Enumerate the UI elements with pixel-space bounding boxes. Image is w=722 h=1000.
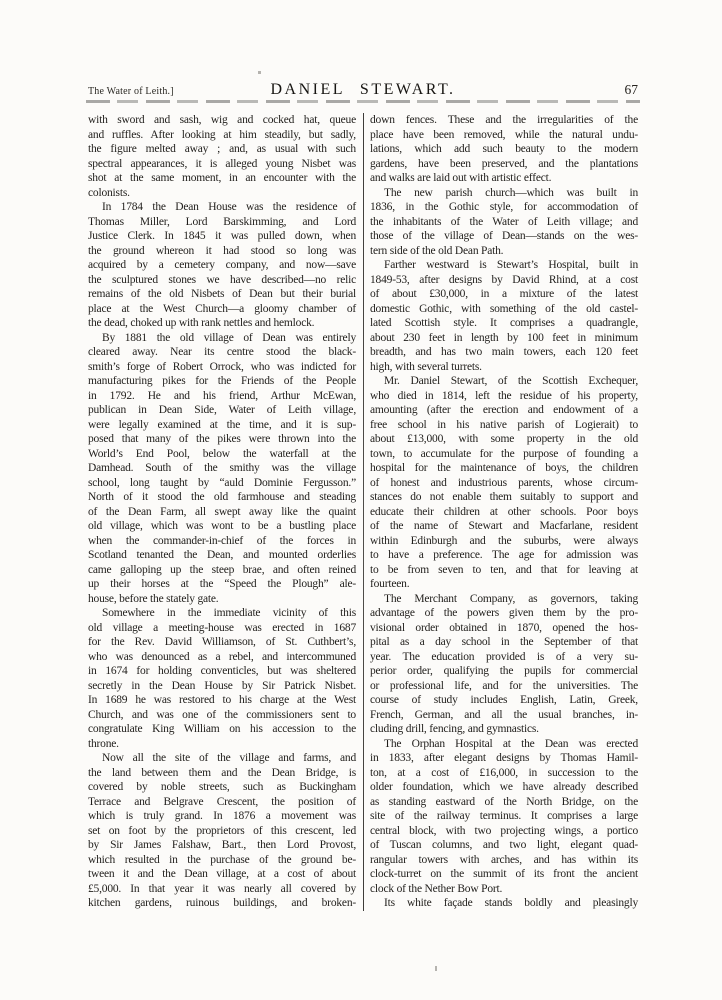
page-header: The Water of Leith.] DANIEL STEWART. 67 <box>88 81 638 99</box>
text-line: and ruffles. After looking at him steadi… <box>88 128 356 143</box>
text-line: old village, which was wont to be a bust… <box>88 519 356 534</box>
text-line: lated Scottish style. It comprises a qua… <box>370 316 638 331</box>
text-line: of about £30,000, in a mixture of the la… <box>370 287 638 302</box>
text-line: North of it stood the old farmhouse and … <box>88 490 356 505</box>
text-line: the ground whereon it had stood so long … <box>88 244 356 259</box>
text-line: colonists. <box>88 186 356 201</box>
text-line: when the commander-in-chief of the force… <box>88 534 356 549</box>
text-line: French, German, and all the usual branch… <box>370 708 638 723</box>
text-line: domestic Gothic, with something of the o… <box>370 302 638 317</box>
paragraph: Now all the site of the village and farm… <box>88 751 356 911</box>
text-line: Its white façade stands boldly and pleas… <box>370 896 638 911</box>
text-line: school, long taught by “auld Dominie Fer… <box>88 476 356 491</box>
text-line: about £13,000, with some property in the… <box>370 432 638 447</box>
page-title: DANIEL STEWART. <box>270 81 455 99</box>
text-line: pital as a day school in the September o… <box>370 635 638 650</box>
text-line: secretly in the Dean House by Sir Patric… <box>88 679 356 694</box>
text-line: posed that many of the pikes were thrown… <box>88 432 356 447</box>
text-line: place have been removed, while the natur… <box>370 128 638 143</box>
text-columns: with sword and sash, wig and cocked hat,… <box>88 113 639 911</box>
text-line: of the Dean Farm, all swept away like th… <box>88 505 356 520</box>
left-column: with sword and sash, wig and cocked hat,… <box>88 113 356 911</box>
text-line: Mr. Daniel Stewart, of the Scottish Exch… <box>370 374 638 389</box>
text-line: clock of the Nether Bow Port. <box>370 882 638 897</box>
scan-speck <box>435 966 437 971</box>
text-line: central block, with two projecting wings… <box>370 824 638 839</box>
text-line: as standing eastward of the North Bridge… <box>370 795 638 810</box>
scan-speck <box>258 71 261 74</box>
text-line: to have a preference. The age for admiss… <box>370 548 638 563</box>
text-line: for the Rev. David Williamson, of St. Cu… <box>88 635 356 650</box>
text-line: manufacturing pikes for the Friends of t… <box>88 374 356 389</box>
text-line: in 1833, after elegant designs by Thomas… <box>370 751 638 766</box>
text-line: advantage of the powers given them by th… <box>370 606 638 621</box>
text-line: The Merchant Company, as governors, taki… <box>370 592 638 607</box>
text-line: lations, which add such beauty to the mo… <box>370 142 638 157</box>
right-column: down fences. These and the irregularitie… <box>370 113 638 911</box>
text-line: Scotland tenanted the Dean, and mounted … <box>88 548 356 563</box>
text-line: throne. <box>88 737 356 752</box>
text-line: The Orphan Hospital at the Dean was erec… <box>370 737 638 752</box>
paragraph: In 1784 the Dean House was the residence… <box>88 200 356 331</box>
text-line: breadth, and has two main towers, each 1… <box>370 345 638 360</box>
text-line: visional order obtained in 1870, opened … <box>370 621 638 636</box>
text-line: Farther westward is Stewart’s Hospital, … <box>370 258 638 273</box>
text-line: hospital for the maintenance of boys, th… <box>370 461 638 476</box>
text-line: older foundation, which we have already … <box>370 780 638 795</box>
text-line: acquired by a cemetery company, and now—… <box>88 258 356 273</box>
text-line: by Sir James Falshaw, Bart., then Lord P… <box>88 838 356 853</box>
text-line: about 230 feet in length by 100 feet in … <box>370 331 638 346</box>
paragraph: Its white façade stands boldly and pleas… <box>370 896 638 911</box>
text-line: were legally examined at the time, and i… <box>88 418 356 433</box>
book-page: The Water of Leith.] DANIEL STEWART. 67 … <box>0 0 722 1000</box>
text-line: which resulted in the purchase of the gr… <box>88 853 356 868</box>
text-line: spectral appearances, it is alleged youn… <box>88 157 356 172</box>
text-line: with sword and sash, wig and cocked hat,… <box>88 113 356 128</box>
text-line: stances do not enable them suitably to s… <box>370 490 638 505</box>
text-line: year. The education provided is of a ver… <box>370 650 638 665</box>
paragraph: Somewhere in the immediate vicinity of t… <box>88 606 356 751</box>
text-line: Now all the site of the village and farm… <box>88 751 356 766</box>
text-line: clock-turret on the summit of its front … <box>370 867 638 882</box>
text-line: In 1784 the Dean House was the residence… <box>88 200 356 215</box>
text-line: or professional life, and for the univer… <box>370 679 638 694</box>
text-line: high, with several turrets. <box>370 360 638 375</box>
text-line: tern side of the old Dean Path. <box>370 244 638 259</box>
text-line: Damhead. South of the smithy was the vil… <box>88 461 356 476</box>
paragraph: with sword and sash, wig and cocked hat,… <box>88 113 356 200</box>
paragraph: The new parish church—which was built in… <box>370 186 638 259</box>
text-line: tween it and the Dean village, at a cost… <box>88 867 356 882</box>
column-divider <box>363 113 364 911</box>
text-line: gardens, have been preserved, and the pl… <box>370 157 638 172</box>
text-line: congratulate King William on his accessi… <box>88 722 356 737</box>
text-line: house, before the stately gate. <box>88 592 356 607</box>
text-line: in 1792. He and his friend, Arthur McEwa… <box>88 389 356 404</box>
text-line: the dead, choked up with rank nettles an… <box>88 316 356 331</box>
text-line: ton, at a cost of £16,000, in succession… <box>370 766 638 781</box>
text-line: Terrace and Belgrave Crescent, the posit… <box>88 795 356 810</box>
paragraph: The Merchant Company, as governors, taki… <box>370 592 638 737</box>
text-line: course of study includes English, Latin,… <box>370 693 638 708</box>
text-line: of Tuscan columns, and two light, elegan… <box>370 838 638 853</box>
text-line: to be from seven to ten, and that for le… <box>370 563 638 578</box>
text-line: By 1881 the old village of Dean was enti… <box>88 331 356 346</box>
text-line: which is truly grand. In 1876 a movement… <box>88 809 356 824</box>
text-line: up their horses at the “Speed the Plough… <box>88 577 356 592</box>
text-line: World’s End Pool, below the waterfall at… <box>88 447 356 462</box>
text-line: Thomas Miller, Lord Barskimming, and Lor… <box>88 215 356 230</box>
text-line: the land between them and the Dean Bridg… <box>88 766 356 781</box>
text-line: the figure melted away ; and, as usual w… <box>88 142 356 157</box>
text-line: rangular towers with arches, and has wit… <box>370 853 638 868</box>
header-rule <box>86 100 640 103</box>
text-line: who died in 1814, left the residue of hi… <box>370 389 638 404</box>
text-line: Justice Clerk. In 1845 it was pulled dow… <box>88 229 356 244</box>
text-line: down fences. These and the irregularitie… <box>370 113 638 128</box>
text-line: 1836, in the Gothic style, for accommoda… <box>370 200 638 215</box>
paragraph: By 1881 the old village of Dean was enti… <box>88 331 356 607</box>
text-line: shot at the same moment, in an encounter… <box>88 171 356 186</box>
text-line: 1849-53, after designs by David Rhind, a… <box>370 273 638 288</box>
text-line: Somewhere in the immediate vicinity of t… <box>88 606 356 621</box>
text-line: fourteen. <box>370 577 638 592</box>
text-line: in 1674 for holding conventicles, but wa… <box>88 664 356 679</box>
text-line: £5,000. In that year it was nearly all c… <box>88 882 356 897</box>
page-number: 67 <box>456 82 638 98</box>
text-line: old village a meeting-house was erected … <box>88 621 356 636</box>
text-line: covered by noble streets, such as Buckin… <box>88 780 356 795</box>
text-line: cleared away. Near its centre stood the … <box>88 345 356 360</box>
text-line: The new parish church—which was built in <box>370 186 638 201</box>
text-line: Church, and was one of the commissioners… <box>88 708 356 723</box>
text-line: educate their children at other schools.… <box>370 505 638 520</box>
text-line: of honest and industrious parents, whose… <box>370 476 638 491</box>
text-line: of the name of Stewart and Macfarlane, r… <box>370 519 638 534</box>
text-line: smith’s forge of Robert Orrock, who was … <box>88 360 356 375</box>
text-line: kitchen gardens, ruinous buildings, and … <box>88 896 356 911</box>
text-line: remains of the old Nisbets of Dean but t… <box>88 287 356 302</box>
text-line: those of the village of Dean—stands on t… <box>370 229 638 244</box>
text-line: and walks are laid out with artistic eff… <box>370 171 638 186</box>
text-line: who was denounced as a rebel, and interc… <box>88 650 356 665</box>
text-line: set on foot by the proprietors of this c… <box>88 824 356 839</box>
text-line: free school in his native parish of Logi… <box>370 418 638 433</box>
text-line: came galloping up the steep brae, and of… <box>88 563 356 578</box>
text-line: place at the West Church—a gloomy chambe… <box>88 302 356 317</box>
text-line: publican in Dean Side, Water of Leith vi… <box>88 403 356 418</box>
text-line: the inhabitants of the Water of Leith vi… <box>370 215 638 230</box>
text-line: site of the railway terminus. It compris… <box>370 809 638 824</box>
running-title: The Water of Leith.] <box>88 86 270 97</box>
text-line: amounting (after the erection and endowm… <box>370 403 638 418</box>
text-line: within Edinburgh and the suburbs, were a… <box>370 534 638 549</box>
text-line: perior order, qualifying the pupils for … <box>370 664 638 679</box>
paragraph: Mr. Daniel Stewart, of the Scottish Exch… <box>370 374 638 592</box>
paragraph: down fences. These and the irregularitie… <box>370 113 638 186</box>
paragraph: The Orphan Hospital at the Dean was erec… <box>370 737 638 897</box>
text-line: In 1689 he was restored to his charge at… <box>88 693 356 708</box>
text-line: cluding drill, fencing, and gymnastics. <box>370 722 638 737</box>
text-line: town, to accumulate for the purpose of f… <box>370 447 638 462</box>
paragraph: Farther westward is Stewart’s Hospital, … <box>370 258 638 374</box>
text-line: the sculptured stones we have described—… <box>88 273 356 288</box>
